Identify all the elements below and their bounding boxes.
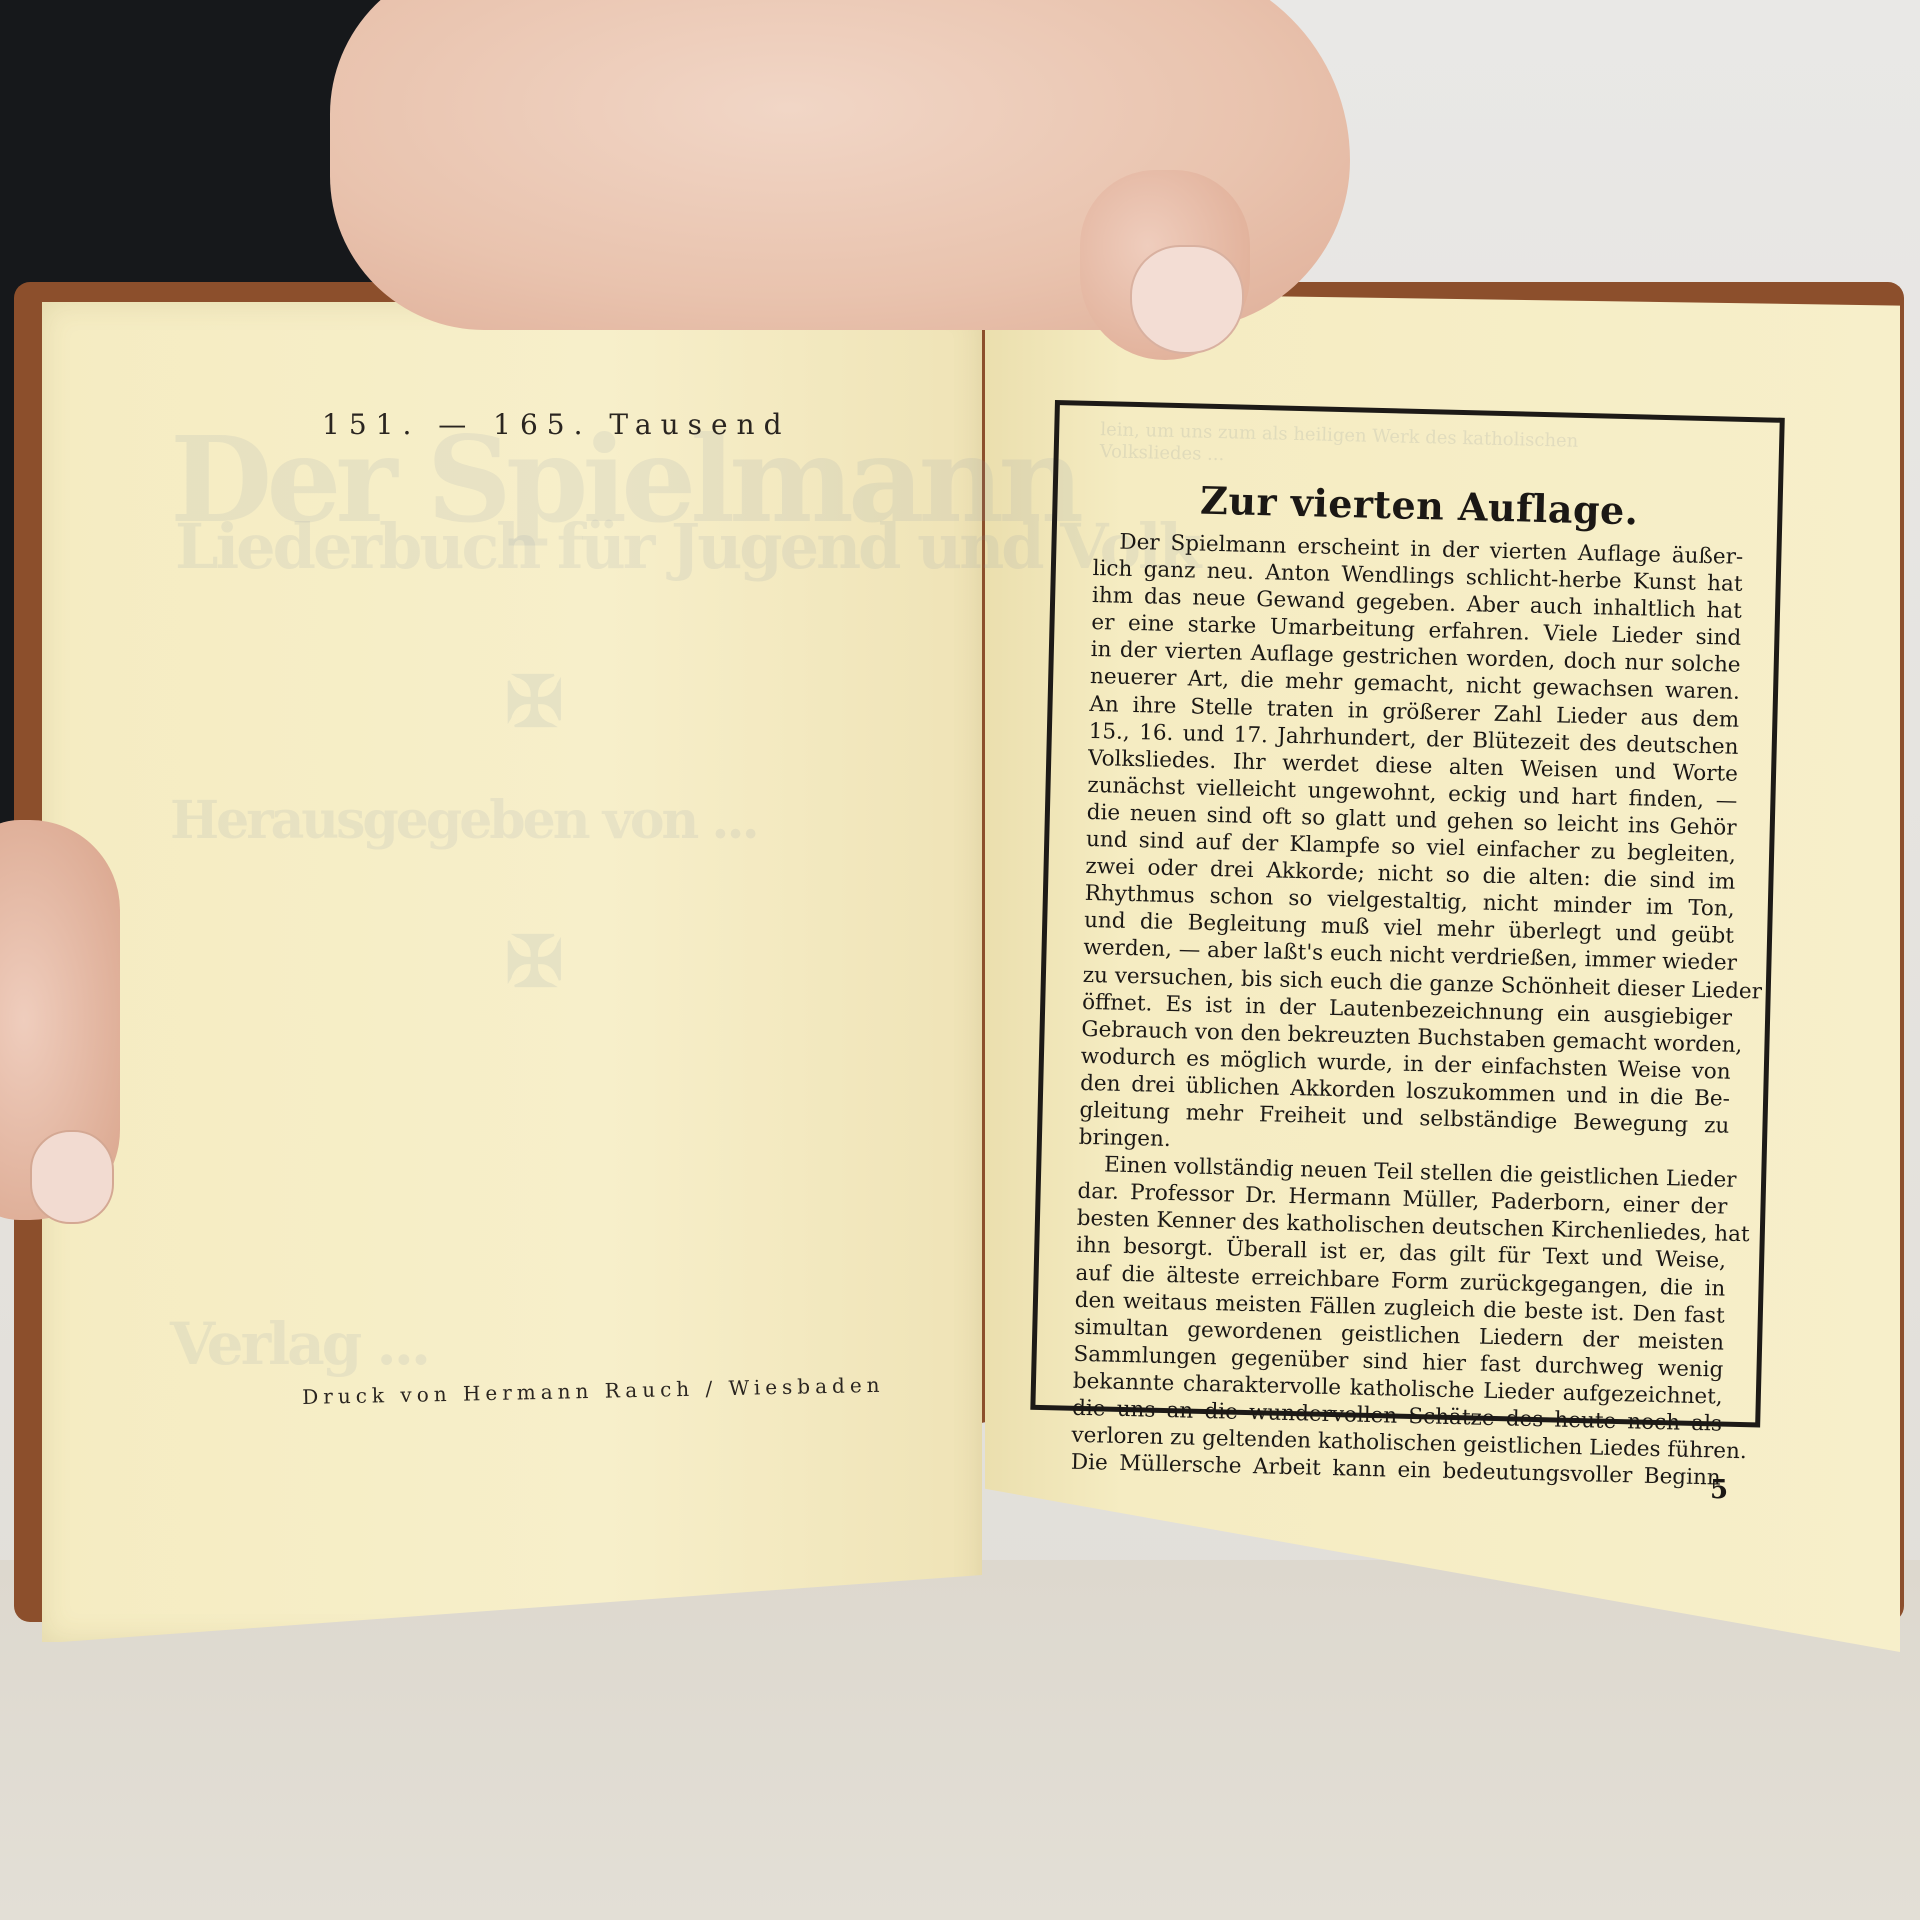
show-through-subtitle: Liederbuch für Jugend und Volk (175, 510, 1199, 583)
edition-line: 151. — 165. Tausend (322, 408, 791, 441)
paragraph-1: Der Spielmann erscheint in der vierten A… (1078, 528, 1743, 1167)
ornament-cross-icon: ✠ (505, 920, 564, 1003)
page-number: 5 (1710, 1475, 1728, 1505)
paragraph-2: Einen vollständig neuen Teil stellen die… (1071, 1151, 1729, 1492)
show-through-editor: Herausgegeben von ... (170, 790, 757, 851)
preface-text: Zur vierten Auflage. Der Spielmann ersch… (1071, 475, 1745, 1492)
left-thumbnail (30, 1130, 114, 1224)
thumbnail (1130, 245, 1244, 354)
ornament-cross-icon: ✠ (505, 660, 564, 743)
show-through-publisher: Verlag ... (170, 1310, 428, 1378)
